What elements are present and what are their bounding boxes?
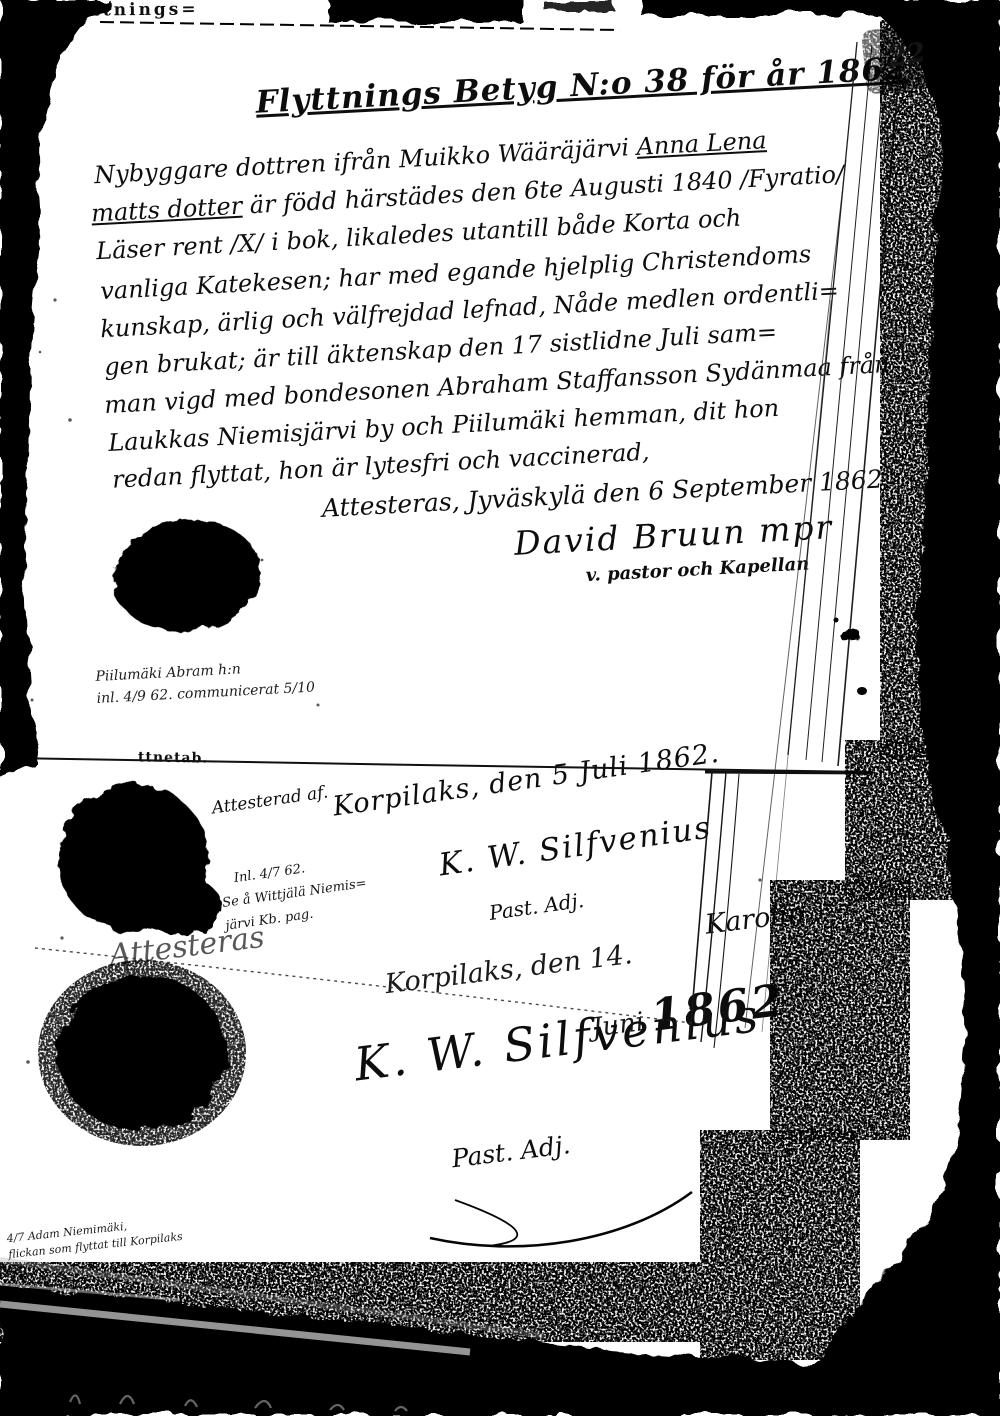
signature-title: Past. Adj. (450, 1130, 572, 1173)
bottom-border-grain (0, 1262, 700, 1342)
margin-note: Piilumäki Abram h:n inl. 4/9 62. communi… (95, 655, 316, 710)
scanned-document-page: { "document_type": "Scanned 1862 Swedish… (0, 0, 1000, 1416)
place-date-line: Korpilaks, den 14. (383, 939, 634, 1000)
top-border (100, 0, 890, 30)
margin-name-fragment: Karolin (703, 898, 806, 941)
filing-note-line-1: Inl. 4/7 62. (233, 861, 306, 886)
bottom-streaks (0, 1284, 470, 1411)
top-printed-fragment: ttnings= (92, 0, 199, 20)
page-number: 22 (886, 37, 928, 74)
certificate-title: Flyttnings Betyg N:o 38 för år 1862 (255, 51, 908, 121)
name-underlined: Anna Lena (636, 126, 767, 161)
signature-title: v. pastor och Kapellan (585, 553, 810, 586)
page-edge-printed-fragment: ttnetab. (138, 749, 209, 766)
certificate-1: Flyttnings Betyg N:o 38 för år 1862 Nyby… (60, 48, 993, 754)
bottom-border (0, 1286, 1000, 1416)
faint-attestation-fragment: Attesteras (107, 920, 266, 974)
signature-silfvenius-large: K. W. Silfvenius (351, 988, 763, 1091)
attested-label: Attesterad af. (211, 782, 330, 818)
patronym-underlined: matts dotter (91, 192, 243, 228)
place-date-line: Korpilaks, den 5 Juli 1862. (331, 738, 722, 823)
